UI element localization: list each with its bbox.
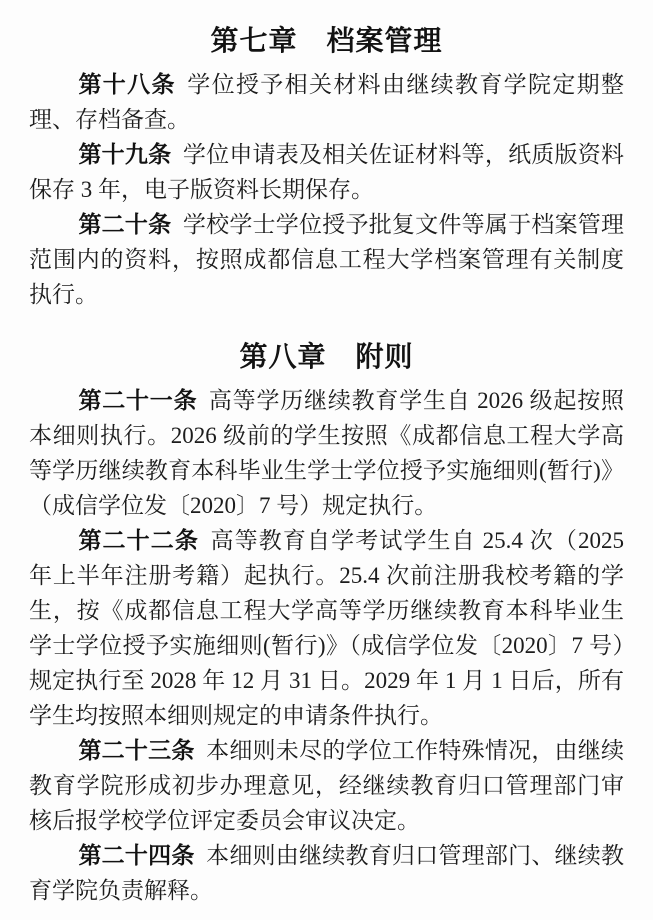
- article-paragraph: 第二十条学校学士学位授予批复文件等属于档案管理范围内的资料，按照成都信息工程大学…: [29, 207, 624, 312]
- article-number: 第二十二条: [78, 527, 199, 553]
- article-number: 第十九条: [78, 141, 171, 167]
- article-paragraph: 第二十四条本细则由继续教育归口管理部门、继续教育学院负责解释。: [29, 838, 624, 908]
- chapter-heading: 第八章 附则: [29, 338, 624, 376]
- article-number: 第二十一条: [78, 387, 197, 413]
- chapter-heading: 第七章 档案管理: [29, 22, 624, 60]
- article-text: 高等教育自学考试学生自 25.4 次（2025 年上半年注册考籍）起执行。25.…: [29, 528, 624, 728]
- article-number: 第十八条: [78, 71, 175, 97]
- article-paragraph: 第二十一条高等学历继续教育学生自 2026 级起按照本细则执行。2026 级前的…: [29, 383, 624, 523]
- article-paragraph: 第二十二条高等教育自学考试学生自 25.4 次（2025 年上半年注册考籍）起执…: [29, 523, 624, 733]
- article-number: 第二十三条: [78, 737, 194, 763]
- article-number: 第二十条: [78, 211, 171, 237]
- document-page: 第七章 档案管理第十八条学位授予相关材料由继续教育学院定期整理、存档备查。第十九…: [0, 0, 653, 920]
- article-paragraph: 第十八条学位授予相关材料由继续教育学院定期整理、存档备查。: [29, 67, 624, 137]
- article-paragraph: 第十九条学位申请表及相关佐证材料等，纸质版资料保存 3 年，电子版资料长期保存。: [29, 137, 624, 207]
- document-sections: 第七章 档案管理第十八条学位授予相关材料由继续教育学院定期整理、存档备查。第十九…: [29, 22, 624, 908]
- article-number: 第二十四条: [78, 842, 194, 868]
- article-paragraph: 第二十三条本细则未尽的学位工作特殊情况，由继续教育学院形成初步办理意见，经继续教…: [29, 733, 624, 838]
